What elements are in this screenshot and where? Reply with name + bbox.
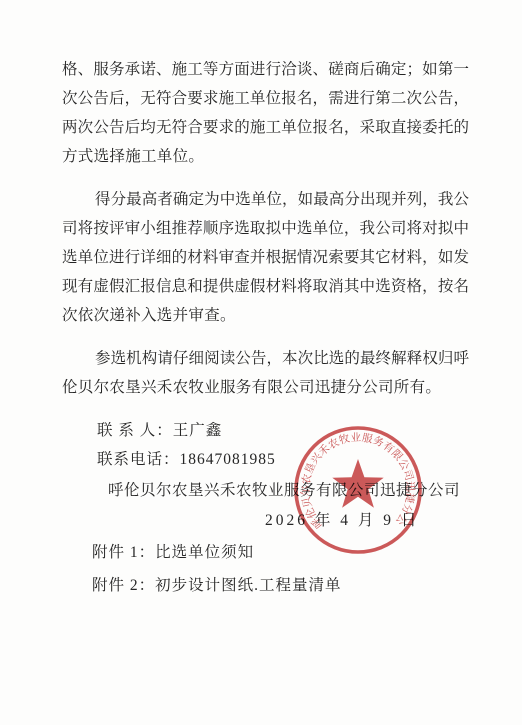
paragraph-2-line: 司将按评审小组推荐顺序选取拟中选单位，我公司将对拟中 bbox=[62, 214, 469, 243]
paragraph-3-line: 伦贝尔农垦兴禾农牧业服务有限公司迅捷分公司所有。 bbox=[62, 373, 469, 402]
paragraph-1-line: 方式选择施工单位。 bbox=[62, 142, 469, 171]
paragraph-2-line: 得分最高者确定为中选单位，如最高分出现并列，我公 bbox=[62, 185, 469, 214]
contact-block: 联 系 人：王广鑫 联系电话：18647081985 bbox=[62, 416, 469, 474]
paragraph-2-line: 选单位进行详细的材料审查并根据情况索要其它材料，如发 bbox=[62, 243, 469, 272]
signature-block: 呼伦贝尔农垦兴禾农牧业服务有限公司迅捷分公司 2026 年 4 月 9 日 bbox=[62, 476, 469, 536]
paragraph-1: 格、服务承诺、施工等方面进行洽谈、磋商后确定；如第一 次公告后，无符合要求施工单… bbox=[62, 55, 469, 171]
paragraph-2: 得分最高者确定为中选单位，如最高分出现并列，我公 司将按评审小组推荐顺序选取拟中… bbox=[62, 185, 469, 330]
document-page: 格、服务承诺、施工等方面进行洽谈、磋商后确定；如第一 次公告后，无符合要求施工单… bbox=[0, 0, 522, 725]
signature-company-name: 呼伦贝尔农垦兴禾农牧业服务有限公司迅捷分公司 bbox=[62, 476, 469, 506]
paragraph-1-line: 格、服务承诺、施工等方面进行洽谈、磋商后确定；如第一 bbox=[62, 55, 469, 84]
attachment-1: 附件 1：比选单位须知 bbox=[62, 536, 469, 569]
attachment-2: 附件 2：初步设计图纸.工程量清单 bbox=[62, 569, 469, 602]
document-content: 格、服务承诺、施工等方面进行洽谈、磋商后确定；如第一 次公告后，无符合要求施工单… bbox=[62, 55, 469, 602]
paragraph-1-line: 次公告后，无符合要求施工单位报名，需进行第二次公告， bbox=[62, 84, 469, 113]
paragraph-3: 参选机构请仔细阅读公告，本次比选的最终解释权归呼 伦贝尔农垦兴禾农牧业服务有限公… bbox=[62, 344, 469, 402]
signature-date: 2026 年 4 月 9 日 bbox=[62, 506, 469, 536]
paragraph-2-line: 现有虚假汇报信息和提供虚假材料将取消其中选资格，按名 bbox=[62, 272, 469, 301]
paragraph-3-line: 参选机构请仔细阅读公告，本次比选的最终解释权归呼 bbox=[62, 344, 469, 373]
paragraph-1-line: 两次公告后均无符合要求的施工单位报名，采取直接委托的 bbox=[62, 113, 469, 142]
attachments-block: 附件 1：比选单位须知 附件 2：初步设计图纸.工程量清单 bbox=[62, 536, 469, 602]
contact-phone: 联系电话：18647081985 bbox=[62, 445, 469, 474]
contact-person: 联 系 人：王广鑫 bbox=[62, 416, 469, 445]
paragraph-2-line: 次依次递补入选并审查。 bbox=[62, 301, 469, 330]
